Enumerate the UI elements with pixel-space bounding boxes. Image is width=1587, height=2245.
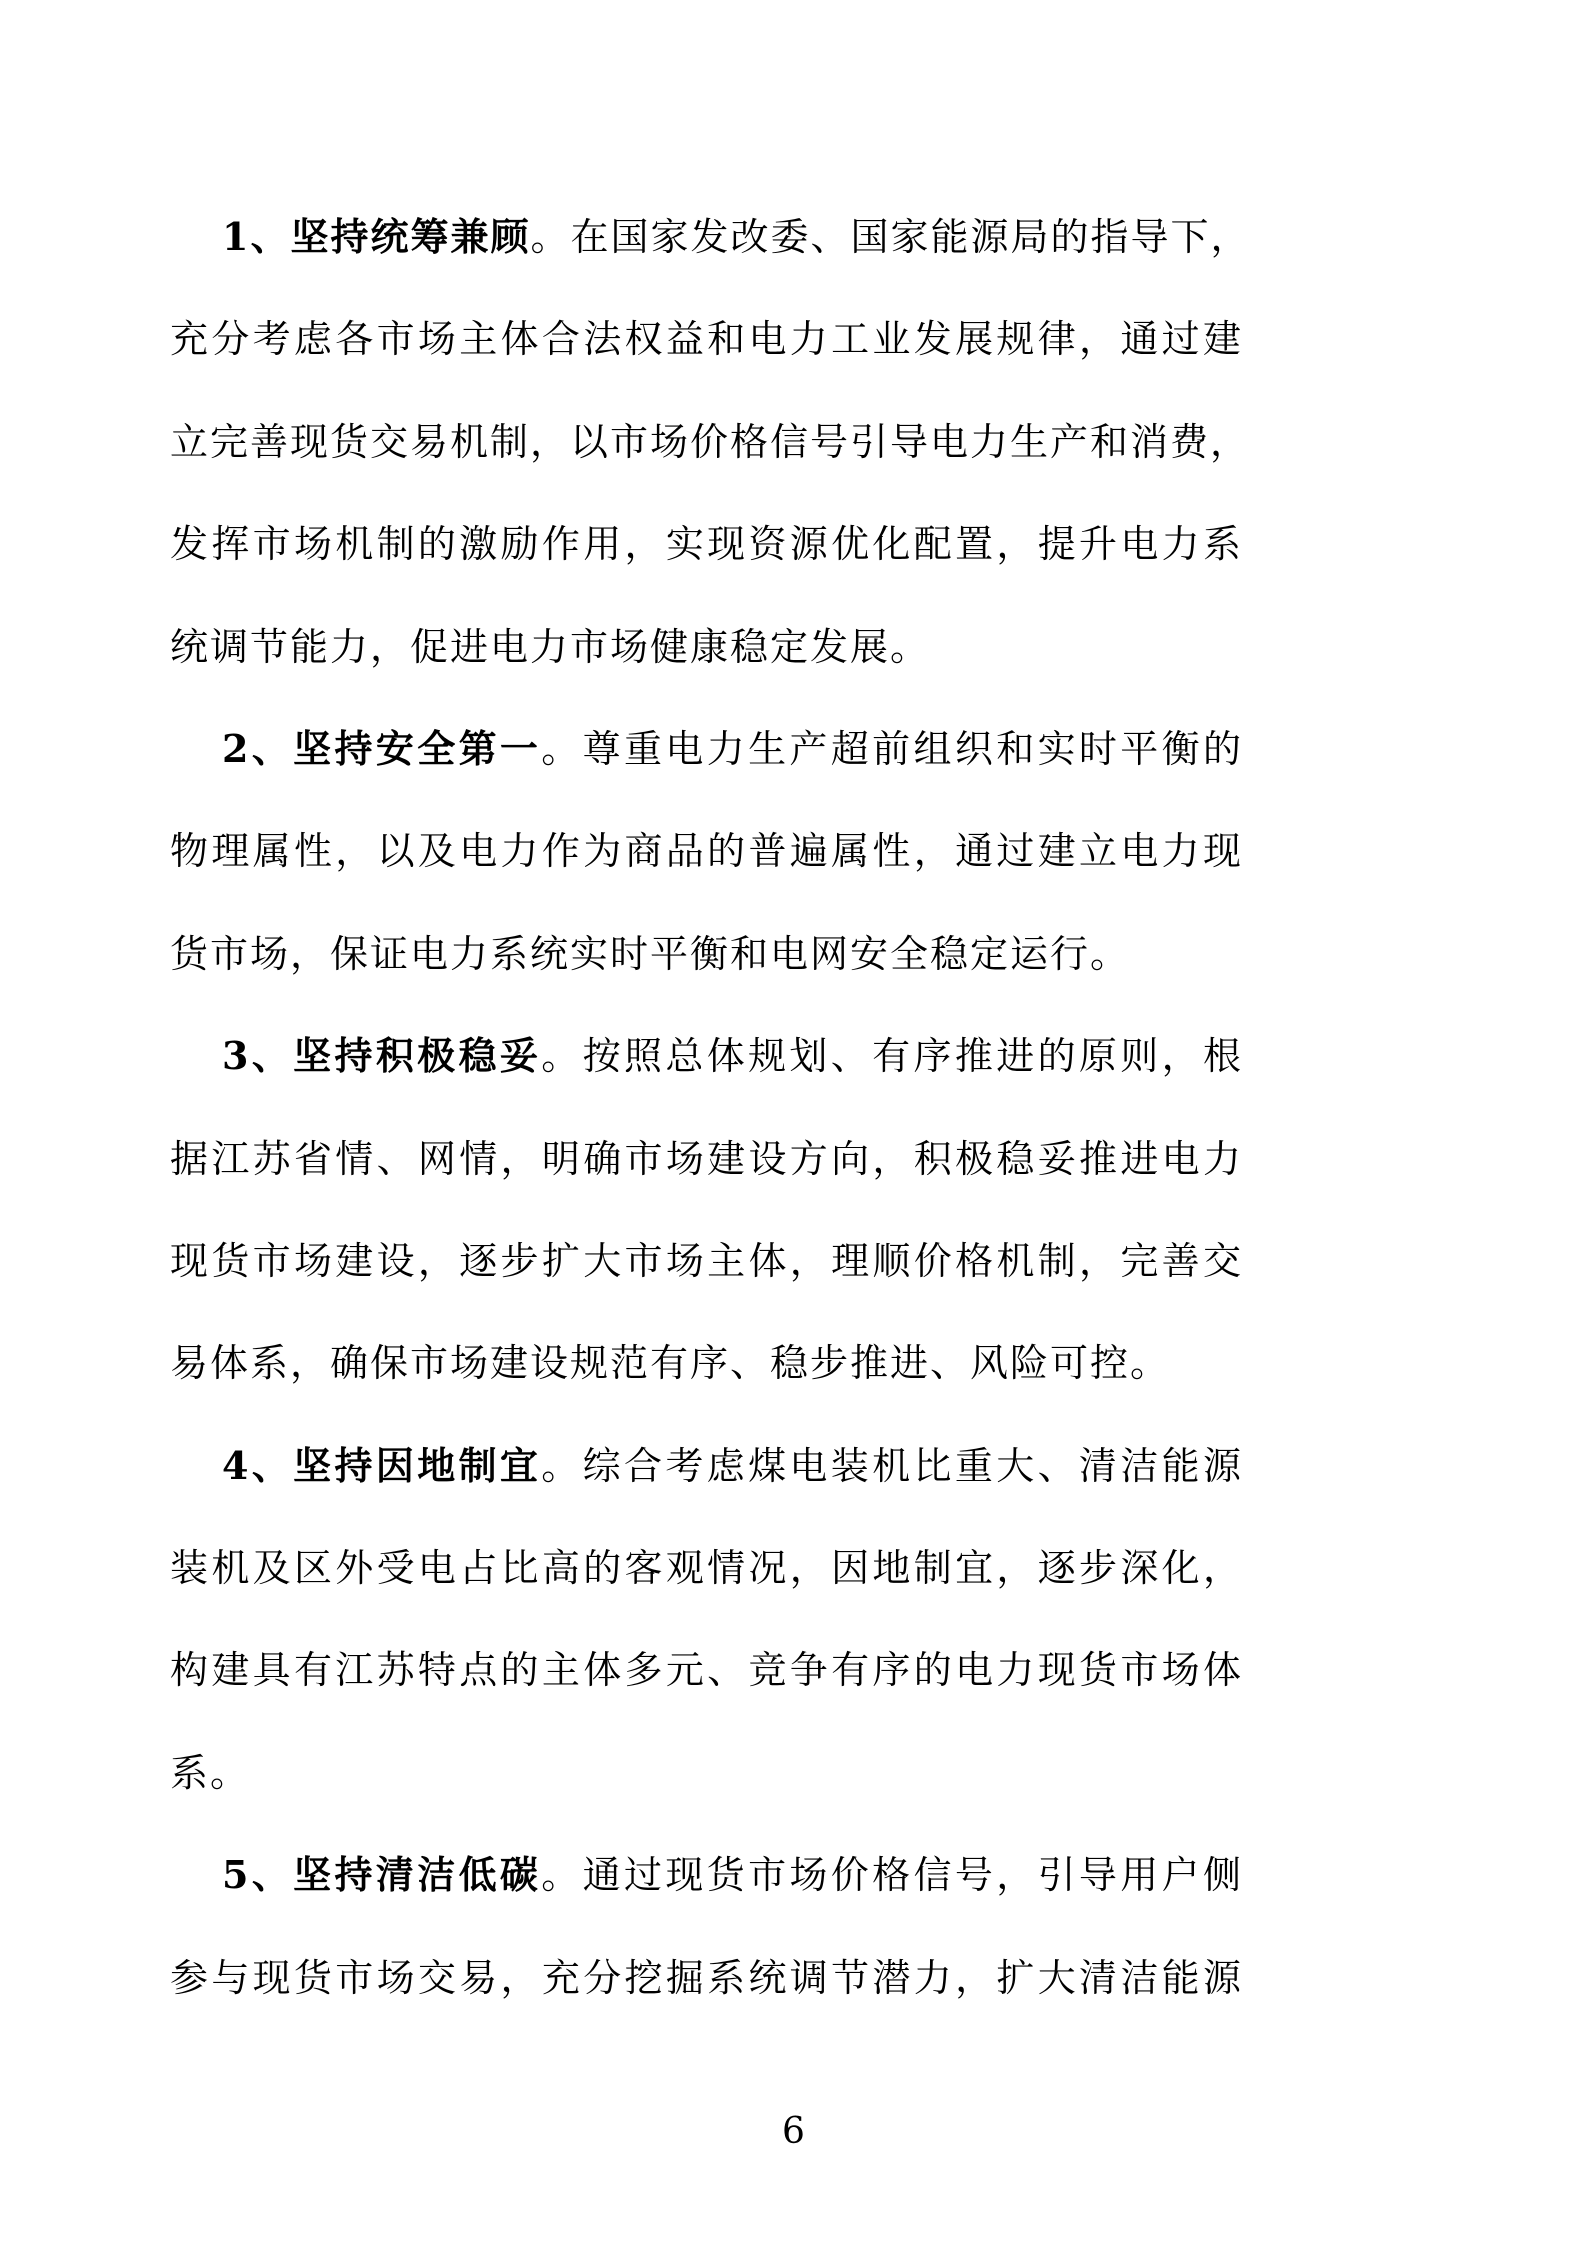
text-line: 现货市场建设，逐步扩大市场主体，理顺价格机制，完善交 <box>170 1210 1243 1312</box>
line-text: 据江苏省情、网情，明确市场建设方向，积极稳妥推进电力 <box>170 1137 1243 1181</box>
page-number: 6 <box>0 2108 1587 2156</box>
line-text: 。在国家发改委、国家能源局的指导下， <box>530 215 1250 259</box>
line-text: 装机及区外受电占比高的客观情况，因地制宜，逐步深化， <box>170 1546 1243 1590</box>
text-line: 3、坚持积极稳妥。按照总体规划、有序推进的原则，根 <box>170 1005 1243 1107</box>
line-text: 现货市场建设，逐步扩大市场主体，理顺价格机制，完善交 <box>170 1239 1243 1283</box>
text-line: 构建具有江苏特点的主体多元、竞争有序的电力现货市场体 <box>170 1619 1243 1721</box>
line-text: 系。 <box>170 1751 250 1795</box>
line-text: 参与现货市场交易，充分挖掘系统调节潜力，扩大清洁能源 <box>170 1956 1243 2000</box>
paragraph-lead: 1、坚持统筹兼顾 <box>222 214 530 259</box>
paragraph-lead: 3、坚持积极稳妥 <box>222 1033 541 1078</box>
text-line: 发挥市场机制的激励作用，实现资源优化配置，提升电力系 <box>170 493 1243 595</box>
line-text: 。通过现货市场价格信号，引导用户侧 <box>541 1853 1243 1897</box>
line-text: 货市场，保证电力系统实时平衡和电网安全稳定运行。 <box>170 932 1130 976</box>
line-text: 。按照总体规划、有序推进的原则，根 <box>541 1034 1243 1078</box>
text-line: 5、坚持清洁低碳。通过现货市场价格信号，引导用户侧 <box>170 1824 1243 1926</box>
paragraph-lead: 5、坚持清洁低碳 <box>222 1852 541 1897</box>
line-text: 易体系，确保市场建设规范有序、稳步推进、风险可控。 <box>170 1341 1170 1385</box>
text-line: 系。 <box>170 1722 1243 1824</box>
text-line: 物理属性，以及电力作为商品的普遍属性，通过建立电力现 <box>170 800 1243 902</box>
line-text: 充分考虑各市场主体合法权益和电力工业发展规律，通过建 <box>170 317 1243 361</box>
text-line: 4、坚持因地制宜。综合考虑煤电装机比重大、清洁能源 <box>170 1415 1243 1517</box>
line-text: 统调节能力，促进电力市场健康稳定发展。 <box>170 625 930 669</box>
paragraph-lead: 2、坚持安全第一 <box>222 726 541 771</box>
line-text: 。尊重电力生产超前组织和实时平衡的 <box>541 727 1243 771</box>
text-line: 立完善现货交易机制，以市场价格信号引导电力生产和消费， <box>170 391 1243 493</box>
text-line: 参与现货市场交易，充分挖掘系统调节潜力，扩大清洁能源 <box>170 1927 1243 2029</box>
text-line: 装机及区外受电占比高的客观情况，因地制宜，逐步深化， <box>170 1517 1243 1619</box>
document-body: 1、坚持统筹兼顾。在国家发改委、国家能源局的指导下， 充分考虑各市场主体合法权益… <box>170 186 1243 2029</box>
text-line: 2、坚持安全第一。尊重电力生产超前组织和实时平衡的 <box>170 698 1243 800</box>
text-line: 1、坚持统筹兼顾。在国家发改委、国家能源局的指导下， <box>170 186 1243 288</box>
text-line: 货市场，保证电力系统实时平衡和电网安全稳定运行。 <box>170 903 1243 1005</box>
text-line: 统调节能力，促进电力市场健康稳定发展。 <box>170 596 1243 698</box>
line-text: 发挥市场机制的激励作用，实现资源优化配置，提升电力系 <box>170 522 1243 566</box>
text-line: 充分考虑各市场主体合法权益和电力工业发展规律，通过建 <box>170 288 1243 390</box>
line-text: 。综合考虑煤电装机比重大、清洁能源 <box>541 1444 1243 1488</box>
document-page: 1、坚持统筹兼顾。在国家发改委、国家能源局的指导下， 充分考虑各市场主体合法权益… <box>0 0 1587 2245</box>
line-text: 构建具有江苏特点的主体多元、竞争有序的电力现货市场体 <box>170 1648 1243 1692</box>
text-line: 据江苏省情、网情，明确市场建设方向，积极稳妥推进电力 <box>170 1108 1243 1210</box>
paragraph-lead: 4、坚持因地制宜 <box>222 1443 541 1488</box>
line-text: 立完善现货交易机制，以市场价格信号引导电力生产和消费， <box>170 420 1250 464</box>
line-text: 物理属性，以及电力作为商品的普遍属性，通过建立电力现 <box>170 829 1243 873</box>
text-line: 易体系，确保市场建设规范有序、稳步推进、风险可控。 <box>170 1312 1243 1414</box>
